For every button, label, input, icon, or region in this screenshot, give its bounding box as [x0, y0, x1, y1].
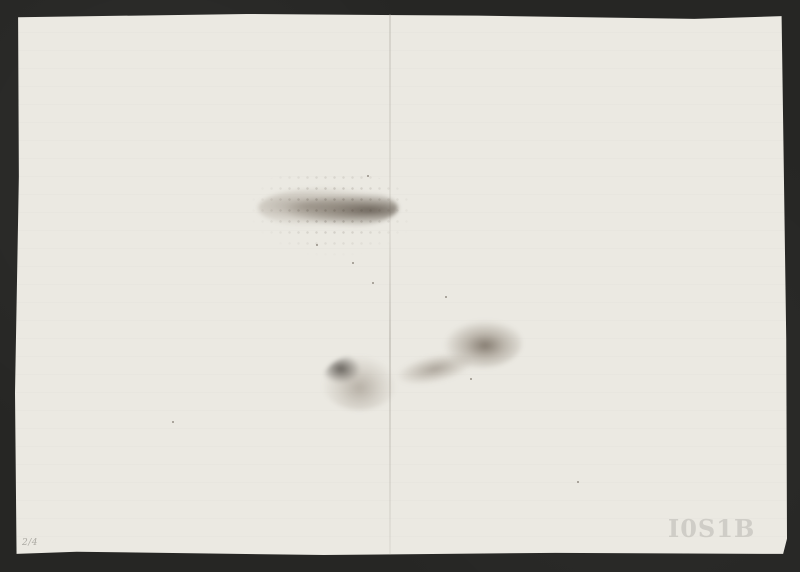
ink-speck: [352, 262, 354, 264]
ink-speck: [470, 378, 472, 380]
ink-speck: [172, 421, 174, 423]
pencil-page-number: 2/4: [22, 538, 38, 548]
ink-speck: [577, 481, 579, 483]
paper-sheet: [15, 14, 787, 555]
upper-smudge-speckles: [240, 172, 410, 262]
ink-speck: [316, 244, 318, 246]
ink-speck: [445, 296, 447, 298]
ink-speck: [367, 175, 369, 177]
embossed-stamp: I0S1B: [668, 514, 755, 543]
lower-left-smudge: [322, 355, 397, 410]
center-fold-line: [389, 14, 391, 555]
ink-speck: [372, 282, 374, 284]
